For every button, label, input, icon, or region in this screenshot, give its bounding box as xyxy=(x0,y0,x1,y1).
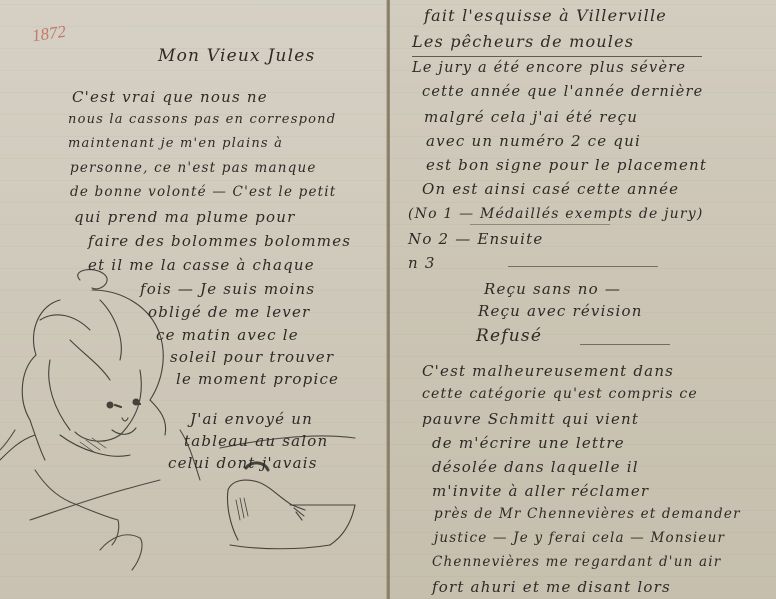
left-line: qui prend ma plume pour xyxy=(74,208,295,226)
separator-line xyxy=(580,344,670,345)
left-page: 1872 Mon Vieux Jules C'est vrai que nous… xyxy=(0,0,388,599)
right-line: est bon signe pour le placement xyxy=(426,156,707,174)
right-line: Refusé xyxy=(476,326,542,346)
right-line: No 2 — Ensuite xyxy=(408,230,543,248)
right-line: près de Mr Chennevières et demander xyxy=(434,506,741,522)
right-line: de m'écrire une lettre xyxy=(432,434,625,452)
left-line: de bonne volonté — C'est le petit xyxy=(70,184,336,200)
left-line: faire des bolommes bolommes xyxy=(88,232,351,250)
right-line: pauvre Schmitt qui vient xyxy=(422,410,639,428)
right-line: cette catégorie qu'est compris ce xyxy=(422,386,698,402)
right-line: avec un numéro 2 ce qui xyxy=(426,132,641,150)
right-line: n 3 xyxy=(408,254,436,272)
letter-spread: 1872 Mon Vieux Jules C'est vrai que nous… xyxy=(0,0,776,599)
separator-line xyxy=(412,56,702,57)
right-line: Les pêcheurs de moules xyxy=(412,32,634,51)
left-line: personne, ce n'est pas manque xyxy=(70,160,317,176)
left-line: C'est vrai que nous ne xyxy=(72,88,268,106)
page-fold xyxy=(386,0,390,599)
left-line: nous la cassons pas en correspond xyxy=(68,112,336,127)
right-line: fait l'esquisse à Villerville xyxy=(424,6,667,25)
right-line: désolée dans laquelle il xyxy=(432,458,639,476)
right-line: (No 1 — Médaillés exempts de jury) xyxy=(408,206,704,222)
left-line: le moment propice xyxy=(176,370,339,388)
figure-at-table-sketch xyxy=(210,450,360,560)
left-line: maintenant je m'en plains à xyxy=(68,136,283,151)
right-line: On est ainsi casé cette année xyxy=(422,180,679,198)
right-line: C'est malheureusement dans xyxy=(422,362,674,380)
right-line: fort ahuri et me disant lors xyxy=(432,578,671,596)
right-line: Reçu avec révision xyxy=(478,302,643,320)
date-annotation: 1872 xyxy=(31,22,67,47)
salutation: Mon Vieux Jules xyxy=(158,46,315,66)
separator-line xyxy=(508,266,658,267)
right-line: cette année que l'année dernière xyxy=(422,84,703,100)
right-line: Chennevières me regardant d'un air xyxy=(432,554,721,570)
right-page: fait l'esquisse à Villerville Les pêcheu… xyxy=(388,0,776,599)
right-line: Le jury a été encore plus sévère xyxy=(412,60,686,76)
right-line: malgré cela j'ai été reçu xyxy=(424,108,638,126)
separator-line xyxy=(470,224,610,225)
right-line: m'invite à aller réclamer xyxy=(432,482,649,500)
right-line: Reçu sans no — xyxy=(484,280,621,298)
right-line: justice — Je y ferai cela — Monsieur xyxy=(434,530,725,546)
